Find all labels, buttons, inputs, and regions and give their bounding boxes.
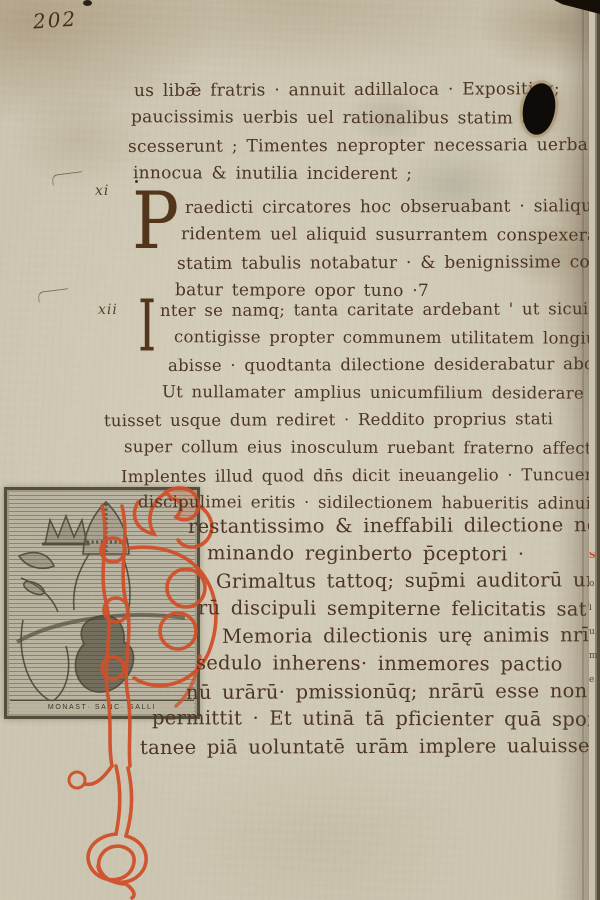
next-page-text: u [589,628,597,637]
text-block-ch11: raedicti circatores hoc obseruabant · si… [175,193,600,305]
text-line: Grimaltus tattoq; sup̄mi auditorū urō [216,566,600,595]
text-line: nū urārū· pmissionūq; nrārū esse non [186,677,600,706]
next-page-text: l [589,604,597,613]
text-line: raedicti circatores hoc obseruabant · si… [185,192,600,222]
text-line: sedulo inherens· inmemores pactio [196,649,600,678]
text-line: ridentem uel aliquid susurrantem conspex… [181,220,600,250]
text-line: tuisset usque dum rediret · Reddito prop… [104,405,600,435]
text-line: Memoria dilectionis urę animis nrīs [222,622,600,651]
text-line: permittit · Et utinā tā pficienter quā s… [152,704,600,733]
folio-number: 202 [32,6,78,33]
next-page-text: S [589,552,597,561]
next-page-text: o [589,580,597,589]
text-line: statim tabulis notabatur · & benignissim… [177,248,600,278]
text-line: innocua & inutilia inciderent ; [133,159,588,189]
text-line: paucissimis uerbis uel rationalibus stat… [131,103,588,133]
text-block-intro: us libǣ fratris · annuit adillaloca · Ex… [131,76,588,188]
page-crease [582,0,584,900]
chapter-initial-p: P [132,182,179,260]
page-corner-damage [554,0,600,14]
ink-smudge [83,0,92,6]
text-line: abisse · quodtanta dilectione desideraba… [168,350,600,380]
chapter-numeral-xi: xi [95,183,109,199]
next-page-text: e [589,676,597,685]
margin-corner-mark [51,171,83,186]
text-block-letter: restantissimo & ineffabili dilectione no… [140,512,600,760]
text-line: us libǣ fratris · annuit adillaloca · Ex… [134,75,588,105]
text-line: minando reginberto p̄ceptori · [207,539,600,568]
margin-corner-mark [37,288,69,303]
text-line: restantissimo & ineffabili dilectione no [188,511,600,540]
next-page-text: m [589,652,597,661]
text-line: tanee piā uoluntatē urām implere ualuiss… [140,732,600,762]
next-page-edge [589,0,600,900]
text-line: Implentes illud quod dn̄s dicit ineuange… [121,460,600,490]
text-line: nter se namq; tanta caritate ardebant ' … [160,295,600,325]
text-line: super collum eius inosculum ruebant frat… [124,433,600,462]
text-line: rū discipuli sempiterne felicitatis sat' [198,594,600,623]
text-block-ch12: nter se namq; tanta caritate ardebant ' … [100,296,600,517]
text-line: Ut nullamater amplius unicumfilium desid… [162,378,600,407]
text-line: contigisse propter communem utilitatem l… [174,323,600,352]
text-line: scesserunt ; Timentes nepropter necessar… [128,131,588,161]
